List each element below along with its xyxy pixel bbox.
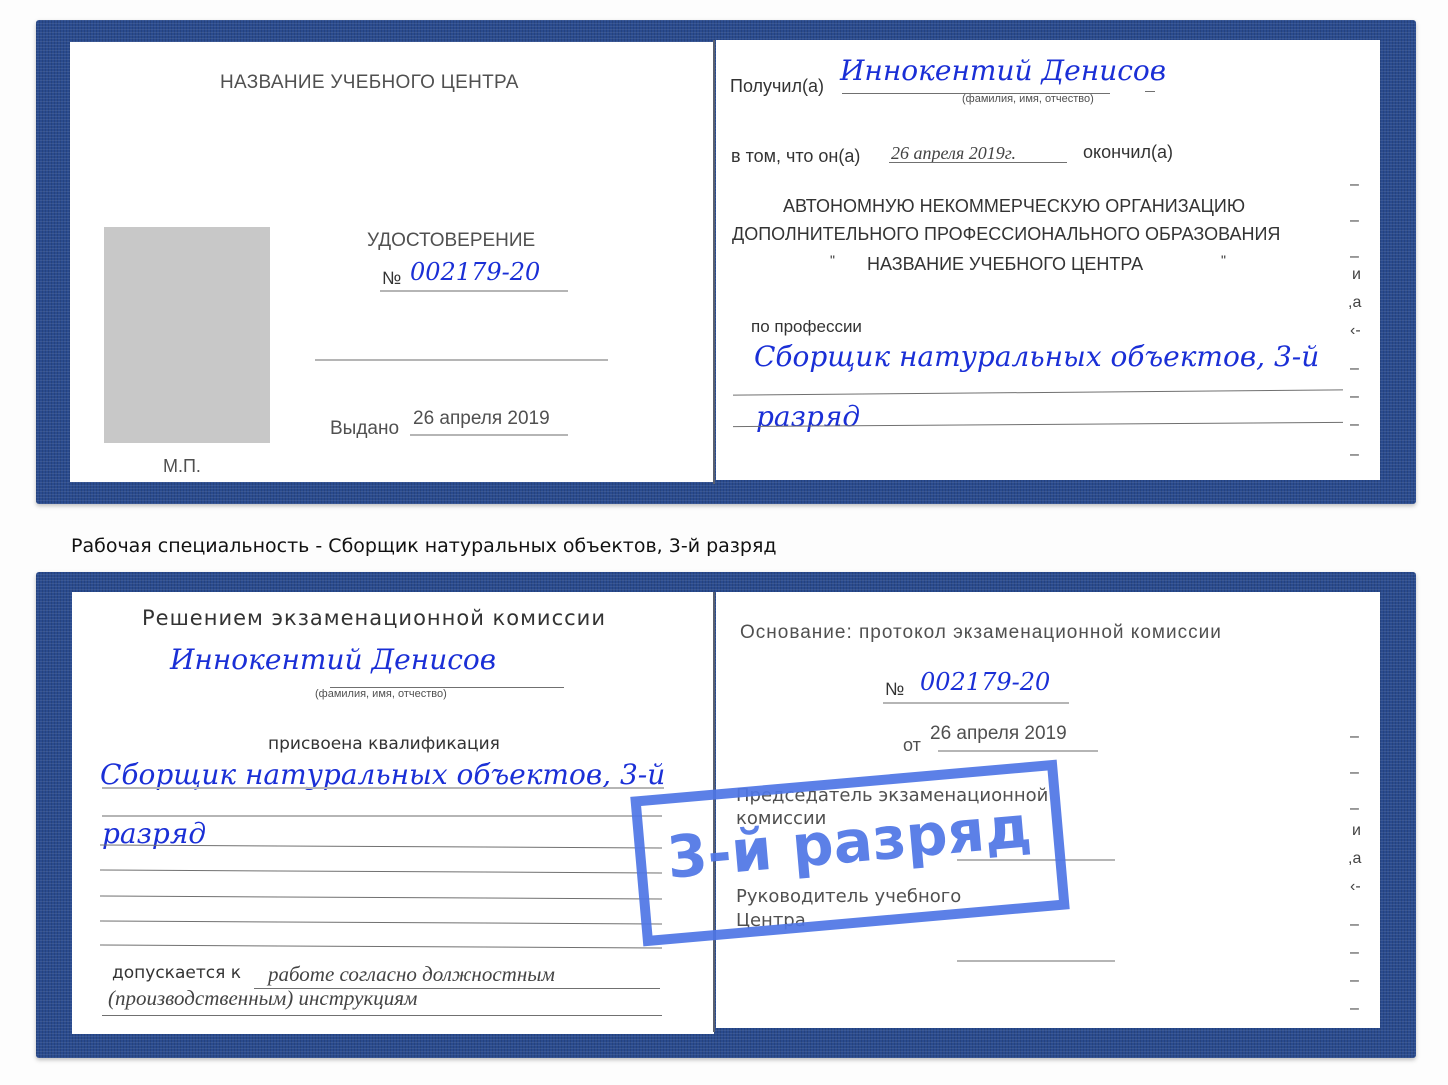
admitted-underline-2	[102, 1015, 662, 1016]
admitted-label: допускается к	[112, 963, 241, 983]
profession-line-1: Сборщик натуральных объектов, 3-й	[754, 340, 1319, 373]
photo-placeholder	[104, 227, 270, 443]
basis-label: Основание: протокол экзаменационной коми…	[740, 622, 1222, 644]
signature-line	[315, 359, 608, 361]
issued-underline	[410, 434, 568, 436]
protocol-date-underline	[938, 750, 1098, 752]
org-line-3-open-quote: "	[830, 252, 835, 268]
number-underline	[380, 290, 568, 292]
that-label: в том, что он(а)	[731, 146, 860, 167]
issued-date: 26 апреля 2019	[413, 408, 550, 430]
profession-line-2: разряд	[756, 400, 860, 433]
head-signature-line	[957, 960, 1115, 962]
protocol-number-underline	[883, 702, 1069, 704]
recipient-name: Иннокентий Денисов	[840, 54, 1166, 87]
completion-underline	[889, 162, 1067, 163]
profession-label: по профессии	[751, 317, 862, 337]
specialty-caption: Рабочая специальность - Сборщик натураль…	[71, 535, 777, 557]
protocol-number-label: №	[885, 679, 904, 700]
issued-label: Выдано	[330, 418, 399, 440]
org-name: НАЗВАНИЕ УЧЕБНОГО ЦЕНТРА	[220, 72, 519, 94]
bottom-name-hint: (фамилия, имя, отчество)	[315, 688, 447, 700]
admitted-line-1: работе согласно должностным	[268, 962, 555, 987]
org-line-3-close-quote: "	[1221, 252, 1226, 268]
seal-label: М.П.	[163, 456, 201, 477]
recipient-dash	[1145, 91, 1155, 92]
bottom-recipient-name: Иннокентий Денисов	[170, 643, 496, 676]
doc-title: УДОСТОВЕРЕНИЕ	[367, 230, 535, 252]
grade-stamp-text: 3-й разряд	[643, 790, 1055, 893]
admitted-line-2: (производственным) инструкциям	[108, 986, 417, 1011]
qualification-underline-1	[102, 787, 664, 789]
org-line-2: ДОПОЛНИТЕЛЬНОГО ПРОФЕССИОНАЛЬНОГО ОБРАЗО…	[732, 224, 1280, 245]
org-line-3: НАЗВАНИЕ УЧЕБНОГО ЦЕНТРА	[867, 254, 1143, 275]
completion-date: 26 апреля 2019г.	[891, 143, 1016, 164]
protocol-date: 26 апреля 2019	[930, 723, 1067, 745]
certificate-number: 002179-20	[410, 258, 540, 286]
decision-label: Решением экзаменационной комиссии	[142, 606, 606, 630]
name-hint: (фамилия, имя, отчество)	[962, 93, 1094, 105]
number-label: №	[382, 268, 401, 289]
qualification-label: присвоена квалификация	[268, 734, 500, 754]
completed-label: окончил(а)	[1083, 142, 1173, 163]
top-spine	[713, 40, 715, 484]
protocol-date-label: от	[903, 735, 921, 756]
protocol-number: 002179-20	[920, 668, 1050, 696]
received-label: Получил(а)	[730, 76, 824, 97]
org-line-1: АВТОНОМНУЮ НЕКОММЕРЧЕСКУЮ ОРГАНИЗАЦИЮ	[783, 196, 1245, 217]
